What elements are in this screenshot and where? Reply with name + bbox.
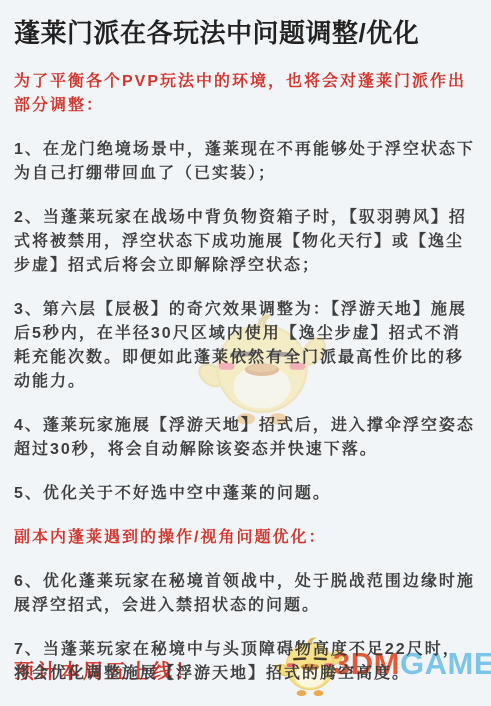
- adjustment-item-5: 5、优化关于不好选中空中蓬莱的问题。: [14, 482, 477, 506]
- article-content: 蓬莱门派在各玩法中问题调整/优化 为了平衡各个PVP玩法中的环境，也将会对蓬莱门…: [14, 16, 477, 686]
- page-title: 蓬莱门派在各玩法中问题调整/优化: [14, 16, 477, 50]
- adjustment-item-1: 1、在龙门绝境场景中，蓬莱现在不再能够处于浮空状态下为自己打绷带回血了（已实装）…: [14, 138, 477, 186]
- dungeon-section-title: 副本内蓬莱遇到的操作/视角问题优化：: [14, 526, 477, 550]
- adjustment-item-2: 2、当蓬莱玩家在战场中背负物资箱子时，【驭羽骋风】招式将被禁用，浮空状态下成功施…: [14, 206, 477, 278]
- adjustment-item-3: 3、第六层【辰极】的奇穴效果调整为：【浮游天地】施展后5秒内，在半径30尺区域内…: [14, 298, 477, 394]
- dungeon-item-6: 6、优化蓬莱玩家在秘境首领战中，处于脱战范围边缘时施展浮空招式，会进入禁招状态的…: [14, 570, 477, 618]
- intro-paragraph: 为了平衡各个PVP玩法中的环境，也将会对蓬莱门派作出部分调整：: [14, 70, 477, 118]
- article-page: 蓬莱门派在各玩法中问题调整/优化 为了平衡各个PVP玩法中的环境，也将会对蓬莱门…: [0, 0, 491, 706]
- adjustment-item-4: 4、蓬莱玩家施展【浮游天地】招式后，进入撑伞浮空姿态超过30秒，将会自动解除该姿…: [14, 414, 477, 462]
- dungeon-item-7: 7、当蓬莱玩家在秘境中与头顶障碍物高度不足22尺时，将会优化调整施展【浮游天地】…: [14, 638, 477, 686]
